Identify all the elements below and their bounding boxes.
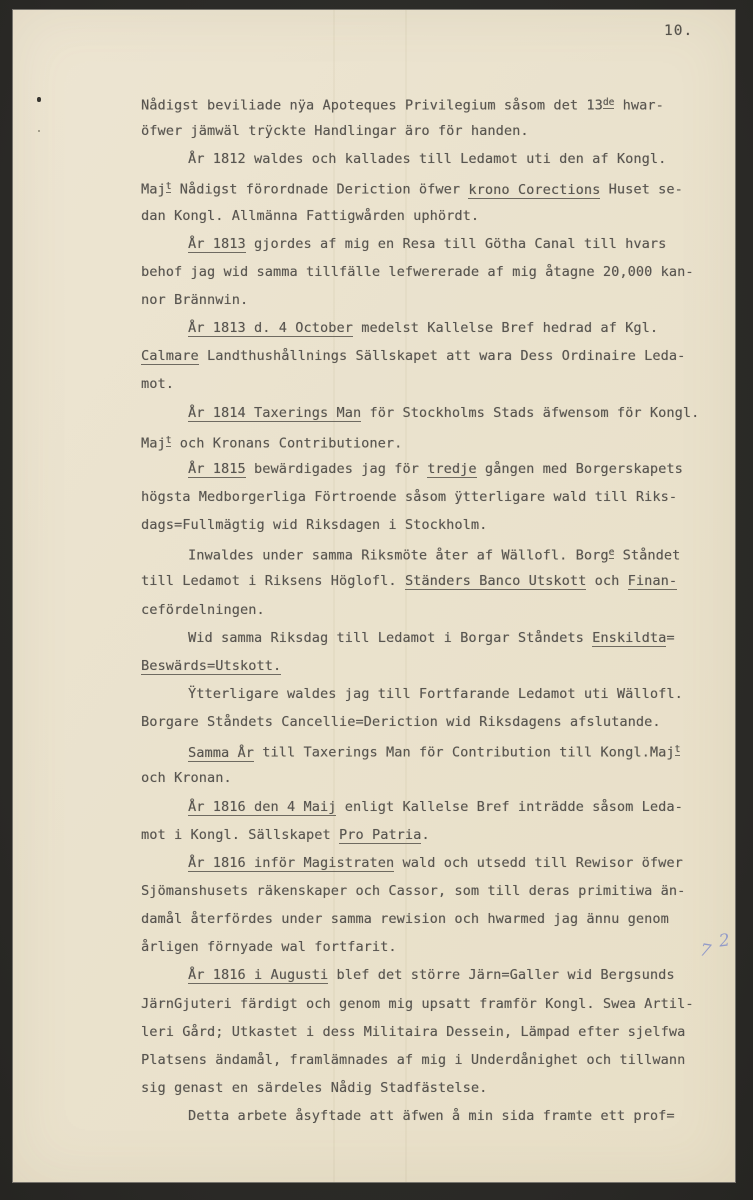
underlined-text: År 1814 Taxerings Man bbox=[188, 405, 361, 422]
text-segment: JärnGjuteri färdigt och genom mig upsatt… bbox=[141, 996, 694, 1012]
text-segment: medelst Kallelse Bref hedrad af Kgl. bbox=[353, 320, 658, 336]
text-segment: Platsens ändamål, framlämnades af mig i … bbox=[141, 1052, 685, 1068]
text-line: leri Gård; Utkastet i dess Militaira Des… bbox=[141, 1018, 716, 1046]
text-segment: årligen förnyade wal fortfarit. bbox=[141, 939, 397, 955]
text-line: damål återfördes under samma rewision oc… bbox=[141, 905, 716, 933]
text-segment: mot. bbox=[141, 376, 174, 392]
text-segment: cefördelningen. bbox=[141, 602, 265, 618]
text-line: Majt Nådigst förordnade Deriction öfwer … bbox=[141, 173, 716, 201]
underlined-text: Samma År bbox=[188, 745, 254, 762]
text-line: mot i Kongl. Sällskapet Pro Patria. bbox=[141, 821, 716, 849]
text-segment: . bbox=[421, 827, 429, 843]
text-line: År 1813 d. 4 October medelst Kallelse Br… bbox=[141, 314, 716, 342]
text-segment: Maj bbox=[141, 435, 166, 451]
text-line: År 1814 Taxerings Man för Stockholms Sta… bbox=[141, 399, 716, 427]
underlined-text: År 1816 inför Magistraten bbox=[188, 855, 394, 872]
text-segment: sig genast en särdeles Nådig Stadfästels… bbox=[141, 1080, 487, 1096]
text-segment: Sjömanshusets räkenskaper och Cassor, so… bbox=[141, 883, 685, 899]
underlined-text: Finan- bbox=[628, 573, 678, 590]
text-segment: gjordes af mig en Resa till Götha Canal … bbox=[246, 236, 667, 252]
text-line: öfwer jämwäl trÿckte Handlingar äro för … bbox=[141, 117, 716, 145]
text-line: cefördelningen. bbox=[141, 596, 716, 624]
underlined-text: År 1813 d. 4 October bbox=[188, 320, 353, 337]
underlined-text: Enskildta bbox=[592, 630, 666, 647]
text-line: År 1816 i Augusti blef det större Järn=G… bbox=[141, 961, 716, 989]
text-segment: öfwer jämwäl trÿckte Handlingar äro för … bbox=[141, 123, 529, 139]
underlined-text: Calmare bbox=[141, 348, 199, 365]
text-line: till Ledamot i Riksens Höglofl. Ständers… bbox=[141, 567, 716, 595]
text-line: Detta arbete åsyftade att äfwen å min si… bbox=[141, 1102, 716, 1130]
underlined-text: Pro Patria bbox=[339, 827, 421, 844]
underlined-text: tredje bbox=[427, 461, 477, 478]
page-number: 10. bbox=[664, 23, 693, 39]
text-line: År 1816 den 4 Maij enligt Kallelse Bref … bbox=[141, 793, 716, 821]
text-line: årligen förnyade wal fortfarit. bbox=[141, 933, 716, 961]
text-segment: Nådigst beviliade nÿa Apoteques Privileg… bbox=[141, 98, 603, 114]
document-body: Nådigst beviliade nÿa Apoteques Privileg… bbox=[141, 89, 716, 1130]
text-line: mot. bbox=[141, 370, 716, 398]
text-line: Wid samma Riksdag till Ledamot i Borgar … bbox=[141, 624, 716, 652]
text-segment: till Ledamot i Riksens Höglofl. bbox=[141, 573, 405, 589]
text-segment: gången med Borgerskapets bbox=[477, 461, 683, 477]
text-segment: = bbox=[666, 630, 674, 646]
text-line: År 1815 bewärdigades jag för tredje gång… bbox=[141, 455, 716, 483]
text-segment: Maj bbox=[141, 182, 166, 198]
text-line: dags=Fullmägtig wid Riksdagen i Stockhol… bbox=[141, 511, 716, 539]
text-line: År 1816 inför Magistraten wald och utsed… bbox=[141, 849, 716, 877]
text-line: Beswärds=Utskott. bbox=[141, 652, 716, 680]
text-line: Calmare Landthushållnings Sällskapet att… bbox=[141, 342, 716, 370]
text-segment: Ÿtterligare waldes jag till Fortfarande … bbox=[188, 686, 683, 702]
superscript-text: t bbox=[675, 744, 681, 756]
text-line: År 1812 waldes och kallades till Ledamot… bbox=[141, 145, 716, 173]
text-segment: Borgare Ståndets Cancellie=Deriction wid… bbox=[141, 714, 661, 730]
text-segment: blef det större Järn=Galler wid Bergsund… bbox=[328, 967, 674, 983]
underlined-text: krono Corections bbox=[468, 182, 600, 199]
text-segment: hwar- bbox=[614, 98, 664, 114]
text-line: Inwaldes under samma Riksmöte åter af Wä… bbox=[141, 539, 716, 567]
text-segment: dags=Fullmägtig wid Riksdagen i Stockhol… bbox=[141, 517, 487, 533]
text-segment: Detta arbete åsyftade att äfwen å min si… bbox=[188, 1108, 675, 1124]
underlined-text: År 1816 den 4 Maij bbox=[188, 799, 336, 816]
text-segment: Inwaldes under samma Riksmöte åter af Wä… bbox=[188, 548, 609, 564]
paper-sheet: 10. Nådigst beviliade nÿa Apoteques Priv… bbox=[13, 10, 735, 1182]
text-line: behof jag wid samma tillfälle lefwererad… bbox=[141, 258, 716, 286]
text-segment: nor Brännwin. bbox=[141, 292, 248, 308]
underlined-text: År 1816 i Augusti bbox=[188, 967, 328, 984]
text-segment: för Stockholms Stads äfwensom för Kongl. bbox=[361, 405, 699, 421]
text-segment: och bbox=[586, 573, 627, 589]
text-segment: och Kronan. bbox=[141, 770, 232, 786]
text-segment: År 1812 waldes och kallades till Ledamot… bbox=[188, 151, 666, 167]
text-segment: Wid samma Riksdag till Ledamot i Borgar … bbox=[188, 630, 592, 646]
scan-speck bbox=[37, 97, 41, 102]
text-segment: Ståndet bbox=[614, 548, 680, 564]
text-segment: Landthushållnings Sällskapet att wara De… bbox=[199, 348, 686, 364]
text-segment: behof jag wid samma tillfälle lefwererad… bbox=[141, 264, 694, 280]
text-line: sig genast en särdeles Nådig Stadfästels… bbox=[141, 1074, 716, 1102]
text-segment: Huset se- bbox=[600, 182, 682, 198]
text-segment: dan Kongl. Allmänna Fattigwården uphördt… bbox=[141, 208, 479, 224]
text-line: och Kronan. bbox=[141, 764, 716, 792]
text-segment: damål återfördes under samma rewision oc… bbox=[141, 911, 669, 927]
text-line: Platsens ändamål, framlämnades af mig i … bbox=[141, 1046, 716, 1074]
text-line: dan Kongl. Allmänna Fattigwården uphördt… bbox=[141, 202, 716, 230]
text-line: År 1813 gjordes af mig en Resa till Göth… bbox=[141, 230, 716, 258]
scan-speck bbox=[38, 130, 40, 132]
text-segment: högsta Medborgerliga Förtroende såsom ÿt… bbox=[141, 489, 677, 505]
handwritten-digit: 7 bbox=[699, 940, 713, 961]
text-line: Samma År till Taxerings Man för Contribu… bbox=[141, 736, 716, 764]
text-line: Sjömanshusets räkenskaper och Cassor, so… bbox=[141, 877, 716, 905]
text-line: Borgare Ståndets Cancellie=Deriction wid… bbox=[141, 708, 716, 736]
underlined-text: År 1813 bbox=[188, 236, 246, 253]
text-line: nor Brännwin. bbox=[141, 286, 716, 314]
text-line: högsta Medborgerliga Förtroende såsom ÿt… bbox=[141, 483, 716, 511]
scan-background: 10. Nådigst beviliade nÿa Apoteques Priv… bbox=[0, 0, 753, 1200]
text-segment: till Taxerings Man för Contribution till… bbox=[254, 745, 675, 761]
superscript-text: de bbox=[603, 97, 614, 109]
handwritten-digit: 2 bbox=[718, 930, 731, 951]
text-line: Ÿtterligare waldes jag till Fortfarande … bbox=[141, 680, 716, 708]
text-line: Nådigst beviliade nÿa Apoteques Privileg… bbox=[141, 89, 716, 117]
underlined-text: År 1815 bbox=[188, 461, 246, 478]
text-segment: leri Gård; Utkastet i dess Militaira Des… bbox=[141, 1024, 685, 1040]
text-segment: wald och utsedd till Rewisor öfwer bbox=[394, 855, 683, 871]
underlined-text: Ständers Banco Utskott bbox=[405, 573, 586, 590]
text-segment: och Kronans Contributioner. bbox=[171, 435, 402, 451]
text-segment: mot i Kongl. Sällskapet bbox=[141, 827, 339, 843]
text-line: Majt och Kronans Contributioner. bbox=[141, 427, 716, 455]
text-segment: Nådigst förordnade Deriction öfwer bbox=[171, 182, 468, 198]
text-line: JärnGjuteri färdigt och genom mig upsatt… bbox=[141, 990, 716, 1018]
text-segment: enligt Kallelse Bref inträdde såsom Leda… bbox=[336, 799, 682, 815]
handwritten-note: 7 2 bbox=[693, 928, 739, 972]
underlined-text: Beswärds=Utskott. bbox=[141, 658, 281, 675]
text-segment: bewärdigades jag för bbox=[246, 461, 427, 477]
